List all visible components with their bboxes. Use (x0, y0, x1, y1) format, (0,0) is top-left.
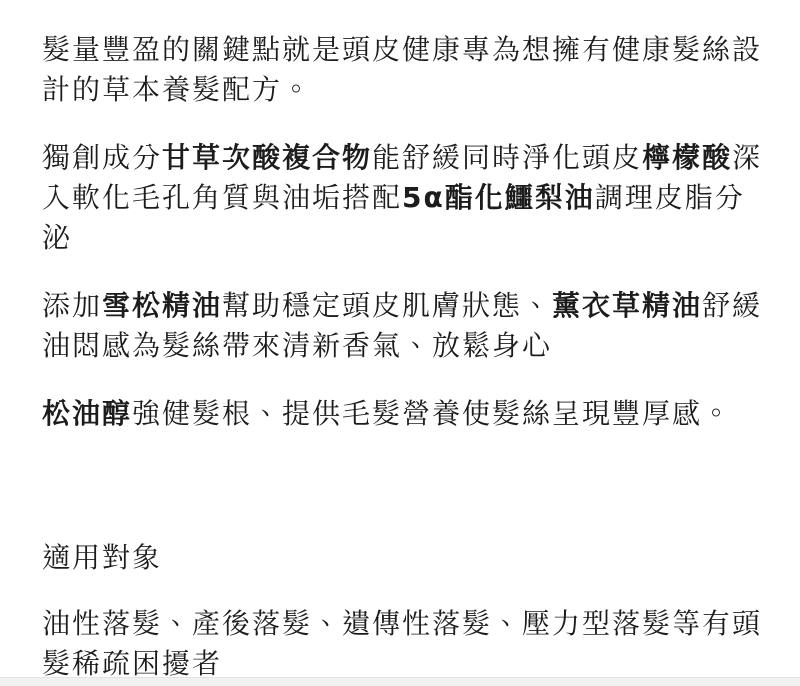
paragraph-target-users: 油性落髮、產後落髮、遺傳性落髮、壓力型落髮等有頭髮稀疏困擾者 (42, 604, 772, 684)
paragraph-essential-oils: 添加雪松精油幫助穩定頭皮肌膚狀態、薰衣草精油舒緩油悶感為髮絲帶來清新香氣、放鬆身… (42, 286, 772, 366)
section-heading-target-users: 適用對象 (42, 538, 772, 578)
paragraph-intro: 髮量豐盈的關鍵點就是頭皮健康專為想擁有健康髮絲設計的草本養髮配方。 (42, 30, 772, 110)
description-content: 髮量豐盈的關鍵點就是頭皮健康專為想擁有健康髮絲設計的草本養髮配方。 獨創成分甘草… (0, 0, 800, 684)
next-section-edge-divider (0, 677, 800, 686)
paragraph-terpineol: 松油醇強健髮根、提供毛髮營養使髮絲呈現豐厚感。 (42, 394, 772, 434)
paragraph-signature-ingredients: 獨創成分甘草次酸複合物能舒緩同時淨化頭皮檸檬酸深入軟化毛孔角質與油垢搭配5α酯化… (42, 138, 772, 258)
product-description-page: 髮量豐盈的關鍵點就是頭皮健康專為想擁有健康髮絲設計的草本養髮配方。 獨創成分甘草… (0, 0, 800, 686)
